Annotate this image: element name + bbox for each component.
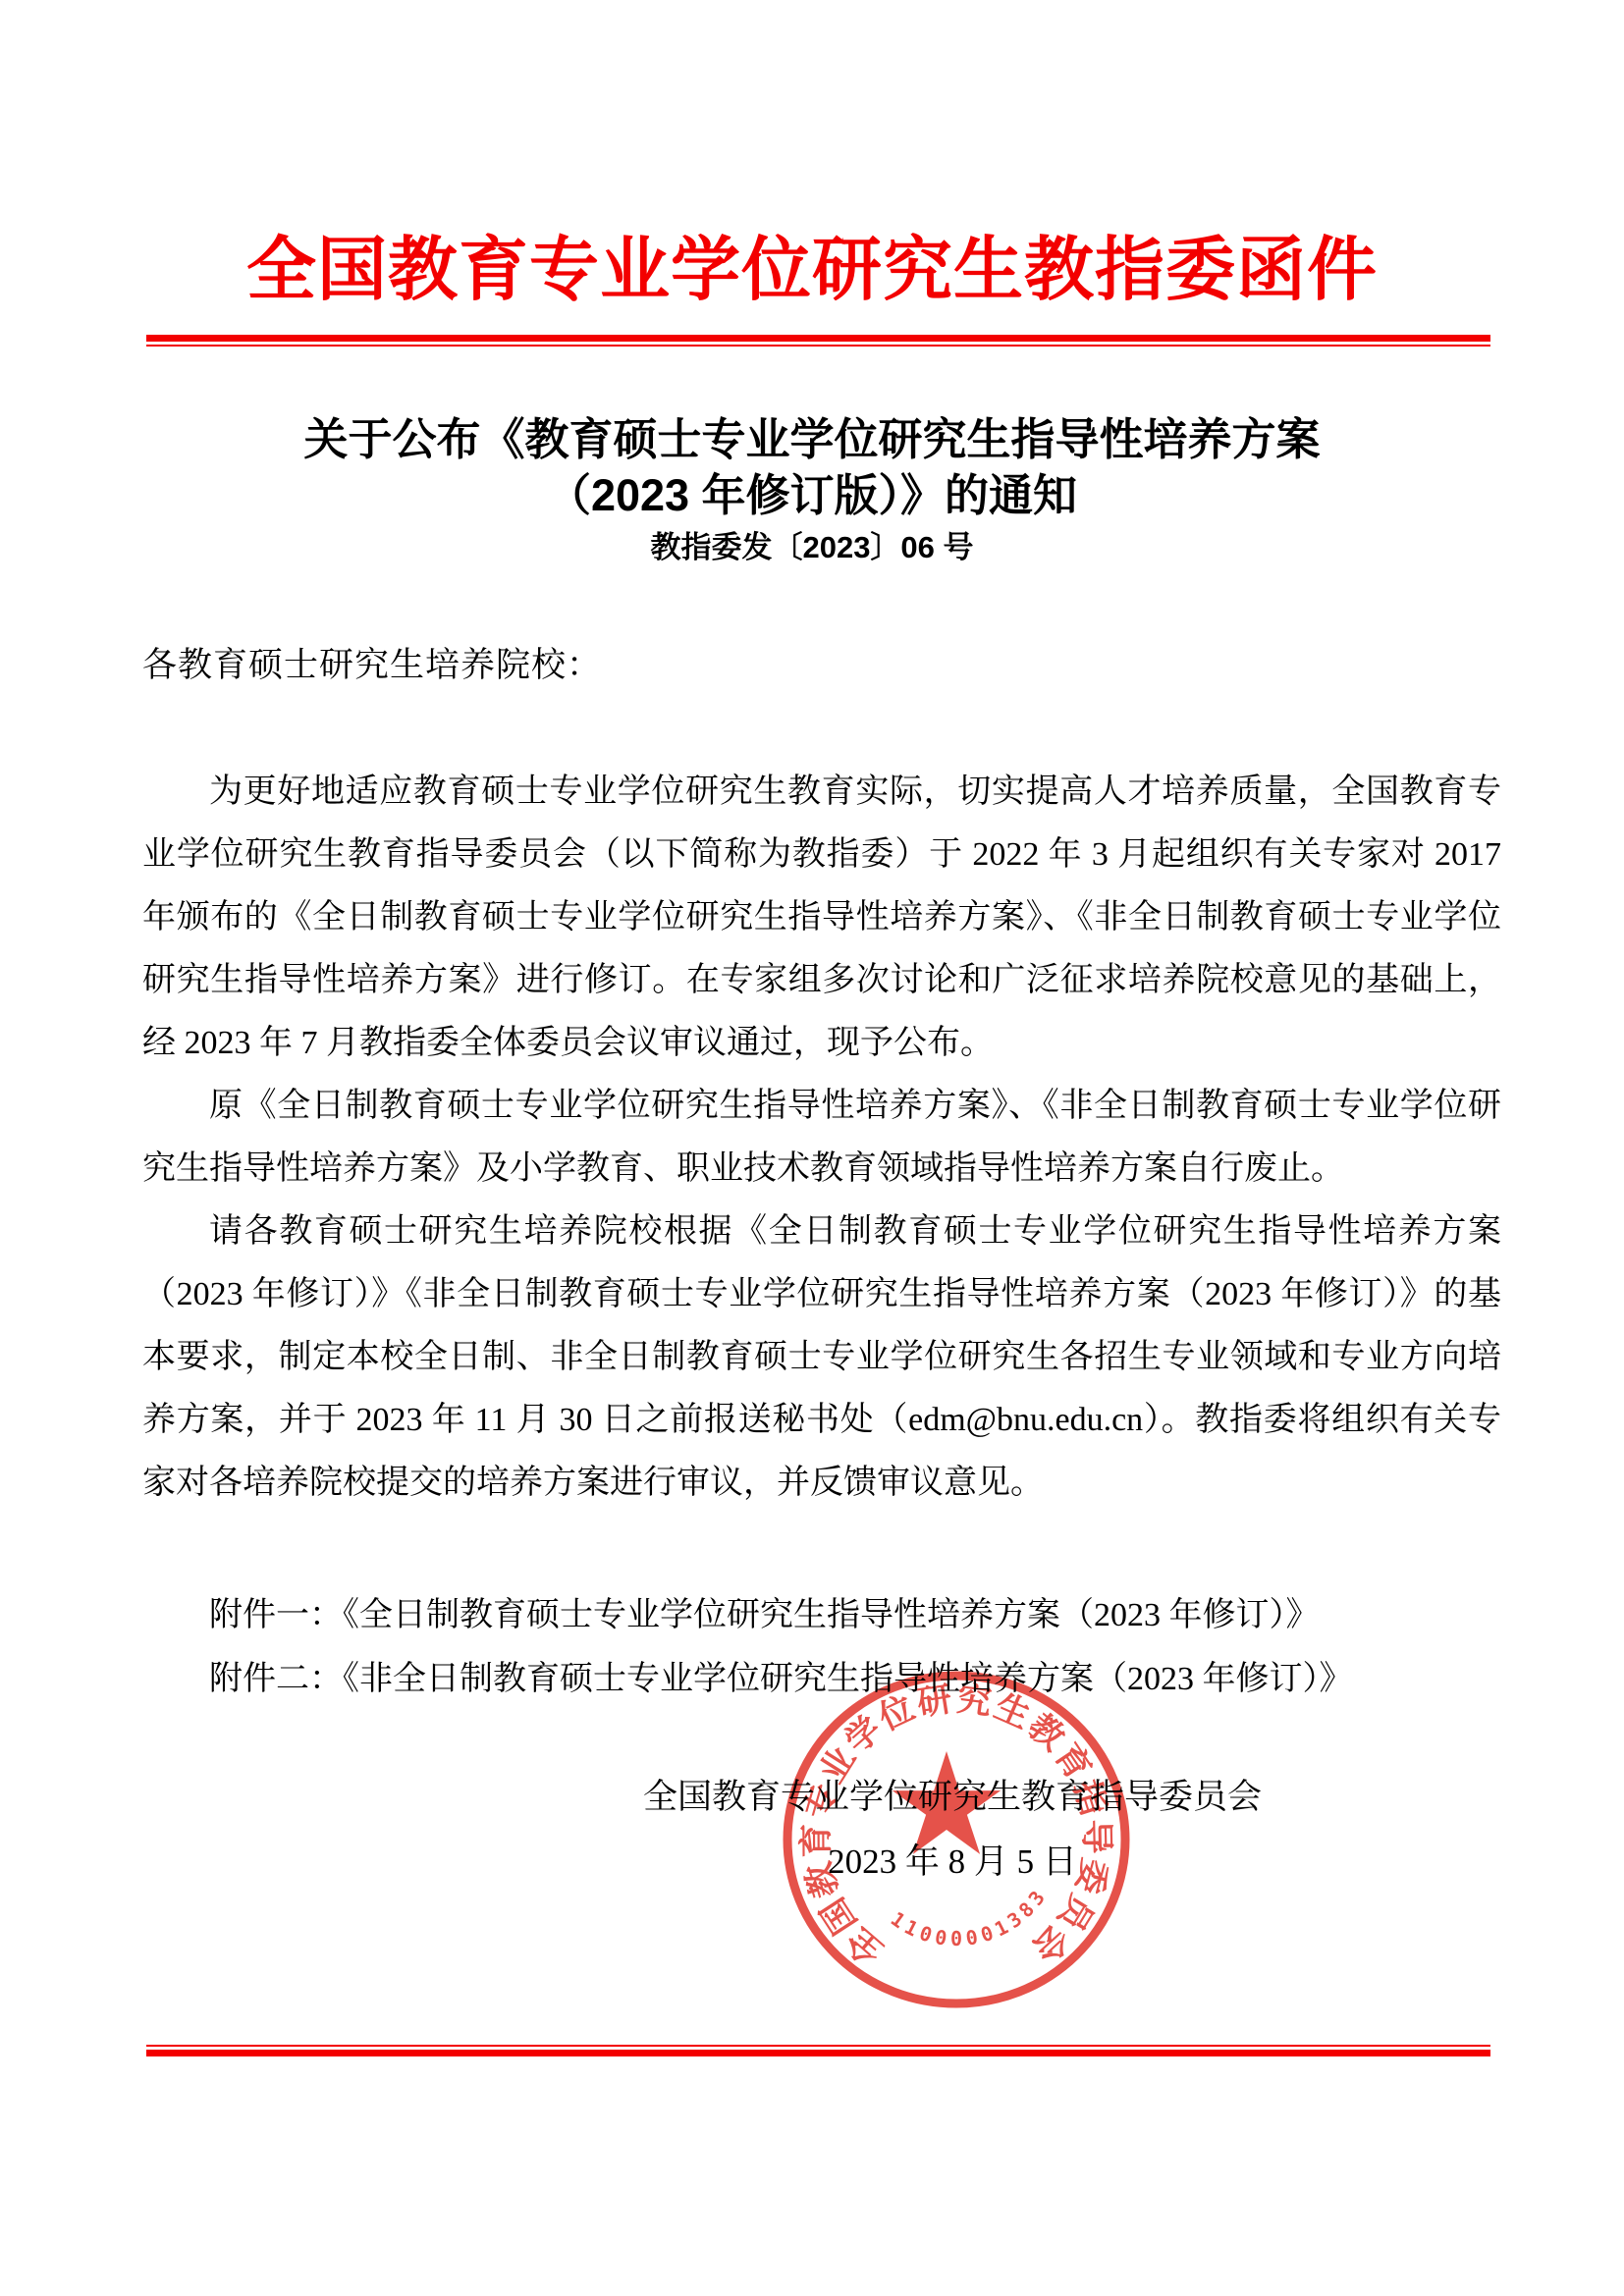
notice-title-line1: 关于公布《教育硕士专业学位研究生指导性培养方案	[0, 411, 1624, 467]
doc-number: 教指委发〔2023〕06 号	[0, 522, 1624, 566]
header-rule-thin	[146, 345, 1490, 347]
letter-body: 为更好地适应教育硕士专业学位研究生教育实际，切实提高人才培养质量，全国教育专业学…	[142, 761, 1501, 1515]
salutation: 各教育硕士研究生培养院校：	[142, 638, 602, 687]
banner-title: 全国教育专业学位研究生教指委函件	[0, 214, 1624, 314]
seal-star-icon	[893, 1751, 1001, 1854]
header-rule-thick	[146, 335, 1490, 342]
seal-ring	[787, 1676, 1125, 2003]
attachment-line-1: 附件一：《全日制教育硕士专业学位研究生指导性培养方案（2023 年修订）》	[142, 1583, 1501, 1647]
letter-page: 全国教育专业学位研究生教指委函件 关于公布《教育硕士专业学位研究生指导性培养方案…	[0, 0, 1624, 2296]
body-paragraph-3: 请各教育硕士研究生培养院校根据《全日制教育硕士专业学位研究生指导性培养方案（20…	[142, 1201, 1501, 1515]
body-paragraph-1: 为更好地适应教育硕士专业学位研究生教育实际，切实提高人才培养质量，全国教育专业学…	[142, 761, 1501, 1075]
body-paragraph-2: 原《全日制教育硕士专业学位研究生指导性培养方案》、《非全日制教育硕士专业学位研究…	[142, 1075, 1501, 1201]
footer-rule-thick	[146, 2050, 1490, 2056]
footer-rule-thin	[146, 2045, 1490, 2047]
notice-title-line2: （2023 年修订版）》的通知	[0, 467, 1624, 523]
official-seal: 全国教育专业学位研究生教育指导委员会 1100000138337	[774, 1667, 1139, 2012]
notice-title: 关于公布《教育硕士专业学位研究生指导性培养方案 （2023 年修订版）》的通知	[0, 411, 1624, 523]
